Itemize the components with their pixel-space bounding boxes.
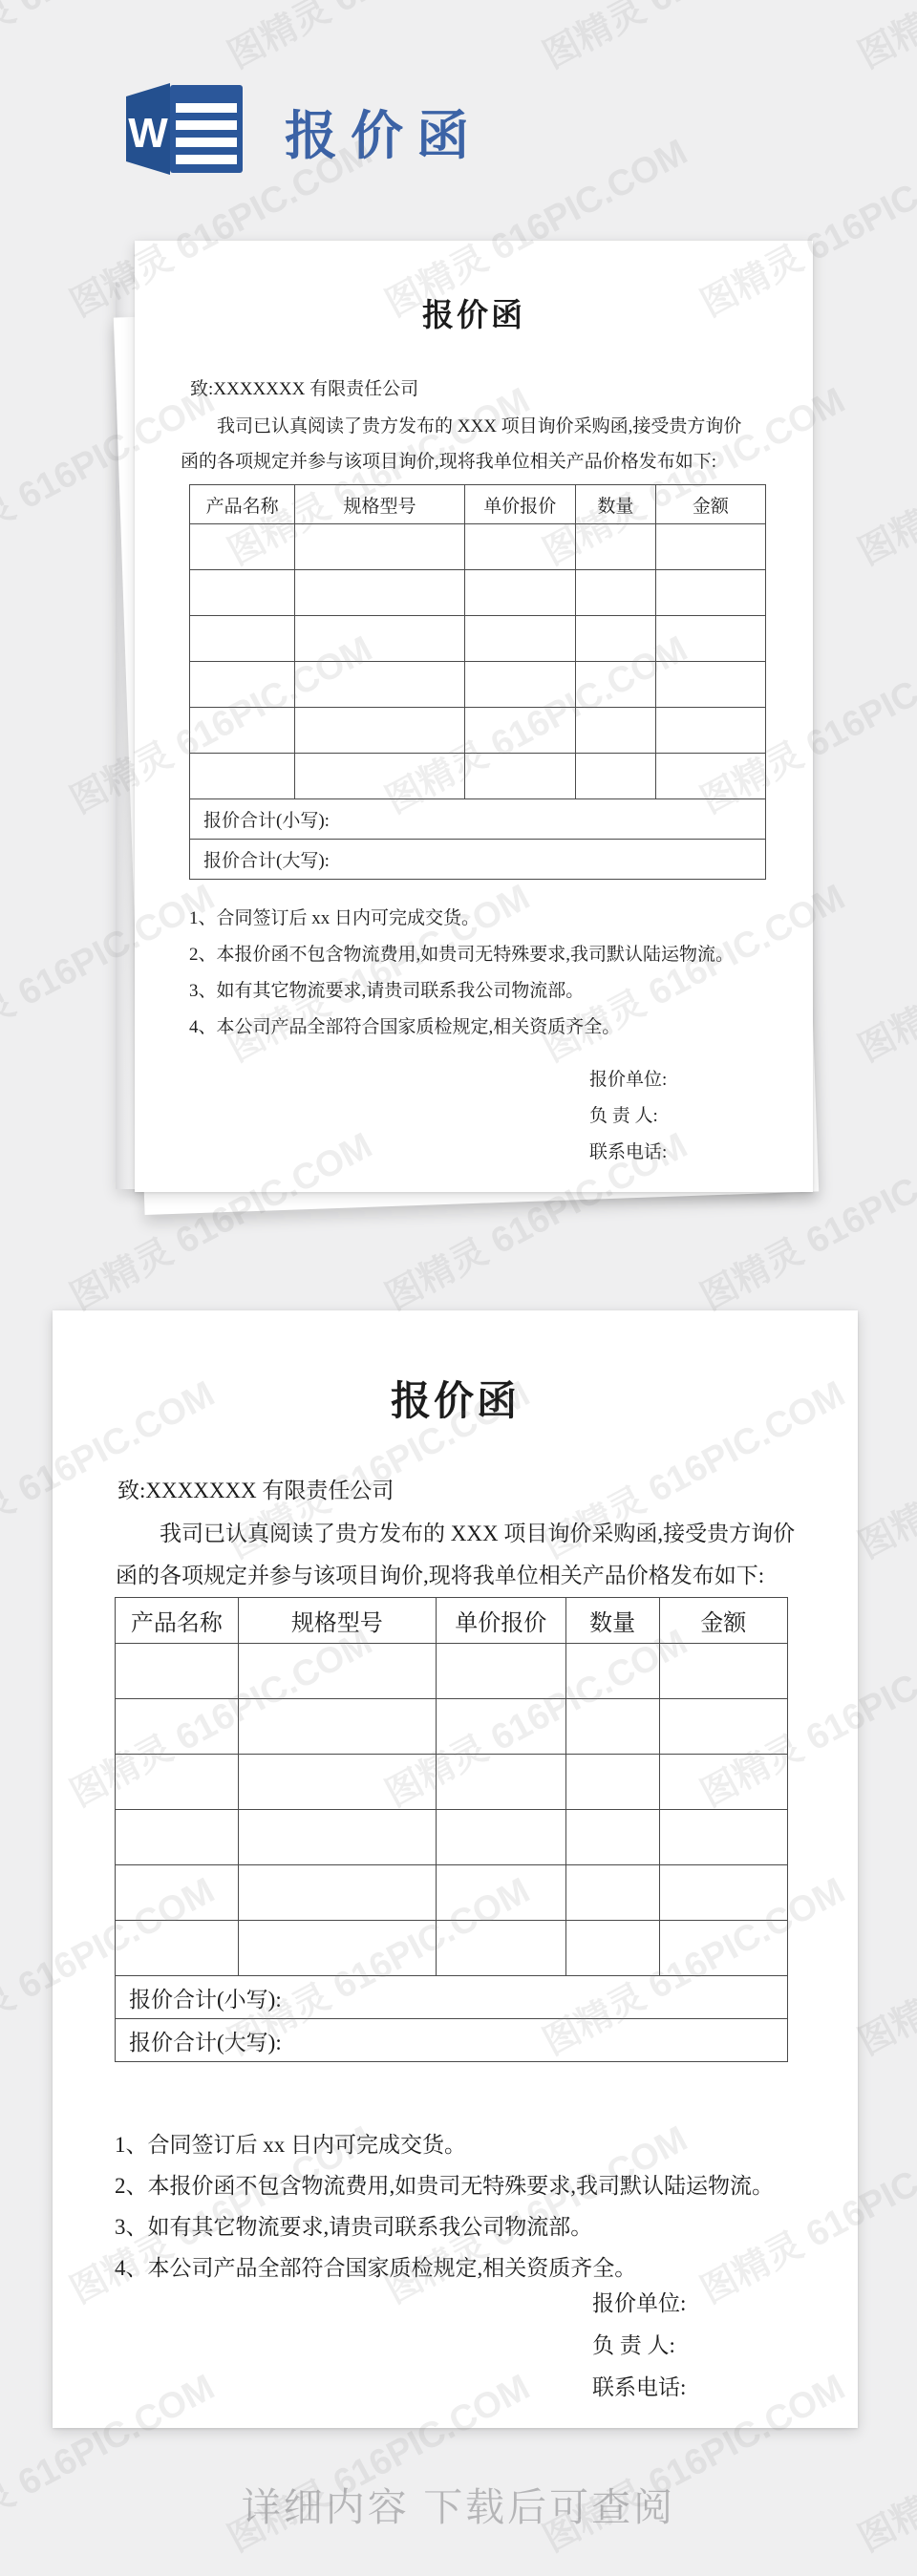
doc-notes: 1、合同签订后 xx 日内可完成交货。 2、本报价函不包含物流费用,如贵司无特殊… bbox=[189, 901, 734, 1046]
watermark-text: 图精灵 616PIC.COM bbox=[847, 1365, 917, 1568]
watermark-text: 图精灵 616PIC.COM bbox=[847, 1862, 917, 2065]
col-header-amount: 金额 bbox=[659, 1598, 788, 1644]
table-empty-row bbox=[116, 1810, 788, 1865]
doc-notes: 1、合同签订后 xx 日内可完成交货。 2、本报价函不包含物流费用,如贵司无特殊… bbox=[115, 2124, 774, 2289]
table-empty-cell bbox=[576, 616, 656, 662]
table-empty-cell bbox=[659, 1921, 788, 1976]
table-empty-cell bbox=[565, 1865, 659, 1921]
total-lower-label: 报价合计(小写): bbox=[116, 1976, 788, 2019]
quote-table-header-row: 产品名称 规格型号 单价报价 数量 金额 bbox=[116, 1598, 788, 1644]
table-empty-row bbox=[190, 662, 766, 708]
table-empty-row bbox=[116, 1755, 788, 1810]
doc-body-line: 我司已认真阅读了贵方发布的 XXX 项目询价采购函,接受贵方询价 bbox=[116, 1513, 796, 1555]
signature-phone: 联系电话: bbox=[592, 2367, 686, 2409]
document-preview-large: 报价函 致:XXXXXXX 有限责任公司 我司已认真阅读了贵方发布的 XXX 项… bbox=[53, 1310, 858, 2428]
table-empty-cell bbox=[238, 1810, 436, 1865]
doc-to-line: 致:XXXXXXX 有限责任公司 bbox=[190, 374, 418, 400]
col-header-unit-price: 单价报价 bbox=[436, 1598, 565, 1644]
table-empty-cell bbox=[464, 524, 575, 570]
table-empty-cell bbox=[576, 754, 656, 799]
footer-caption: 详细内容 下载后可查阅 bbox=[0, 2476, 917, 2532]
table-empty-cell bbox=[576, 524, 656, 570]
doc-title: 报价函 bbox=[135, 290, 813, 335]
table-empty-cell bbox=[238, 1699, 436, 1755]
note-item: 3、如有其它物流要求,请贵司联系我公司物流部。 bbox=[189, 973, 734, 1010]
app-header: W 报价函 bbox=[0, 0, 917, 220]
table-empty-cell bbox=[238, 1644, 436, 1699]
table-empty-row bbox=[190, 708, 766, 754]
doc-body-paragraph: 我司已认真阅读了贵方发布的 XXX 项目询价采购函,接受贵方询价 函的各项规定并… bbox=[116, 1513, 796, 1597]
table-empty-cell bbox=[295, 754, 464, 799]
table-empty-cell bbox=[436, 1755, 565, 1810]
page-title: 报价函 bbox=[285, 94, 482, 169]
table-empty-cell bbox=[565, 1644, 659, 1699]
table-empty-cell bbox=[295, 662, 464, 708]
table-empty-row bbox=[116, 1921, 788, 1976]
col-header-product-name: 产品名称 bbox=[116, 1598, 239, 1644]
table-empty-cell bbox=[565, 1921, 659, 1976]
table-empty-cell bbox=[464, 754, 575, 799]
quote-table: 产品名称 规格型号 单价报价 数量 金额 报价合计(小写): 报价合计(大写): bbox=[189, 484, 766, 880]
table-empty-cell bbox=[655, 708, 765, 754]
total-lower-row: 报价合计(小写): bbox=[116, 1976, 788, 2019]
svg-text:W: W bbox=[128, 110, 168, 157]
table-empty-cell bbox=[238, 1865, 436, 1921]
total-lower-label: 报价合计(小写): bbox=[190, 799, 766, 840]
table-empty-cell bbox=[116, 1644, 239, 1699]
table-empty-cell bbox=[655, 524, 765, 570]
table-empty-cell bbox=[655, 754, 765, 799]
doc-signature: 报价单位: 负 责 人: 联系电话: bbox=[592, 2283, 686, 2409]
table-empty-cell bbox=[655, 616, 765, 662]
table-empty-cell bbox=[464, 570, 575, 616]
doc-title: 报价函 bbox=[53, 1370, 858, 1427]
total-upper-row: 报价合计(大写): bbox=[116, 2019, 788, 2062]
table-empty-cell bbox=[190, 754, 295, 799]
table-empty-cell bbox=[436, 1921, 565, 1976]
table-empty-cell bbox=[436, 1865, 565, 1921]
table-empty-cell bbox=[576, 662, 656, 708]
signature-person: 负 责 人: bbox=[592, 2325, 686, 2367]
table-empty-cell bbox=[659, 1865, 788, 1921]
table-empty-cell bbox=[116, 1755, 239, 1810]
table-empty-cell bbox=[238, 1921, 436, 1976]
note-item: 2、本报价函不包含物流费用,如贵司无特殊要求,我司默认陆运物流。 bbox=[189, 937, 734, 973]
total-upper-label: 报价合计(大写): bbox=[116, 2019, 788, 2062]
table-empty-cell bbox=[436, 1699, 565, 1755]
watermark-text: 图精灵 616PIC.COM bbox=[847, 372, 917, 575]
screen: W 报价函 报价函 致:XXXXXXX 有限责任公司 我司已认真阅读了贵方发布的… bbox=[0, 0, 917, 2576]
signature-company: 报价单位: bbox=[592, 2283, 686, 2325]
note-item: 2、本报价函不包含物流费用,如贵司无特殊要求,我司默认陆运物流。 bbox=[115, 2165, 774, 2206]
watermark-text: 图精灵 616PIC.COM bbox=[847, 868, 917, 1072]
table-empty-cell bbox=[464, 662, 575, 708]
total-upper-label: 报价合计(大写): bbox=[190, 840, 766, 880]
table-empty-cell bbox=[565, 1810, 659, 1865]
table-empty-row bbox=[190, 616, 766, 662]
table-empty-cell bbox=[565, 1699, 659, 1755]
table-empty-cell bbox=[436, 1810, 565, 1865]
col-header-unit-price: 单价报价 bbox=[464, 485, 575, 524]
table-empty-cell bbox=[576, 570, 656, 616]
col-header-amount: 金额 bbox=[655, 485, 765, 524]
table-empty-row bbox=[116, 1865, 788, 1921]
table-empty-row bbox=[116, 1644, 788, 1699]
total-upper-row: 报价合计(大写): bbox=[190, 840, 766, 880]
doc-to-line: 致:XXXXXXX 有限责任公司 bbox=[117, 1473, 394, 1504]
col-header-spec-model: 规格型号 bbox=[238, 1598, 436, 1644]
table-empty-cell bbox=[116, 1921, 239, 1976]
table-empty-cell bbox=[116, 1699, 239, 1755]
col-header-product-name: 产品名称 bbox=[190, 485, 295, 524]
signature-company: 报价单位: bbox=[589, 1062, 667, 1098]
table-empty-cell bbox=[190, 662, 295, 708]
quote-table: 产品名称 规格型号 单价报价 数量 金额 报价合计(小写): 报价合计(大写): bbox=[115, 1597, 788, 2062]
note-item: 1、合同签订后 xx 日内可完成交货。 bbox=[115, 2124, 774, 2165]
table-empty-cell bbox=[659, 1755, 788, 1810]
table-empty-cell bbox=[295, 708, 464, 754]
total-lower-row: 报价合计(小写): bbox=[190, 799, 766, 840]
table-empty-cell bbox=[464, 708, 575, 754]
table-empty-row bbox=[116, 1699, 788, 1755]
table-empty-cell bbox=[659, 1810, 788, 1865]
doc-body-line: 函的各项规定并参与该项目询价,现将我单位相关产品价格发布如下: bbox=[181, 444, 771, 479]
word-icon: W bbox=[118, 80, 246, 178]
quote-table-header-row: 产品名称 规格型号 单价报价 数量 金额 bbox=[190, 485, 766, 524]
table-empty-cell bbox=[565, 1755, 659, 1810]
note-item: 3、如有其它物流要求,请贵司联系我公司物流部。 bbox=[115, 2206, 774, 2247]
table-empty-cell bbox=[190, 524, 295, 570]
table-empty-cell bbox=[116, 1810, 239, 1865]
table-empty-cell bbox=[190, 570, 295, 616]
table-empty-cell bbox=[436, 1644, 565, 1699]
document-preview-small: 报价函 致:XXXXXXX 有限责任公司 我司已认真阅读了贵方发布的 XXX 项… bbox=[135, 241, 813, 1192]
table-empty-row bbox=[190, 524, 766, 570]
table-empty-cell bbox=[295, 524, 464, 570]
table-empty-cell bbox=[238, 1755, 436, 1810]
note-item: 4、本公司产品全部符合国家质检规定,相关资质齐全。 bbox=[189, 1010, 734, 1046]
signature-person: 负 责 人: bbox=[589, 1098, 667, 1135]
table-empty-row bbox=[190, 754, 766, 799]
table-empty-cell bbox=[464, 616, 575, 662]
table-empty-cell bbox=[655, 570, 765, 616]
table-empty-cell bbox=[190, 616, 295, 662]
doc-body-paragraph: 我司已认真阅读了贵方发布的 XXX 项目询价采购函,接受贵方询价 函的各项规定并… bbox=[181, 409, 771, 479]
table-empty-cell bbox=[295, 616, 464, 662]
doc-signature: 报价单位: 负 责 人: 联系电话: bbox=[589, 1062, 667, 1171]
table-empty-cell bbox=[116, 1865, 239, 1921]
doc-body-line: 函的各项规定并参与该项目询价,现将我单位相关产品价格发布如下: bbox=[116, 1555, 796, 1597]
table-empty-cell bbox=[190, 708, 295, 754]
doc-body-line: 我司已认真阅读了贵方发布的 XXX 项目询价采购函,接受贵方询价 bbox=[181, 409, 771, 444]
table-empty-row bbox=[190, 570, 766, 616]
col-header-quantity: 数量 bbox=[576, 485, 656, 524]
col-header-spec-model: 规格型号 bbox=[295, 485, 464, 524]
note-item: 1、合同签订后 xx 日内可完成交货。 bbox=[189, 901, 734, 937]
table-empty-cell bbox=[659, 1699, 788, 1755]
table-empty-cell bbox=[295, 570, 464, 616]
table-empty-cell bbox=[655, 662, 765, 708]
signature-phone: 联系电话: bbox=[589, 1135, 667, 1171]
table-empty-cell bbox=[576, 708, 656, 754]
col-header-quantity: 数量 bbox=[565, 1598, 659, 1644]
table-empty-cell bbox=[659, 1644, 788, 1699]
